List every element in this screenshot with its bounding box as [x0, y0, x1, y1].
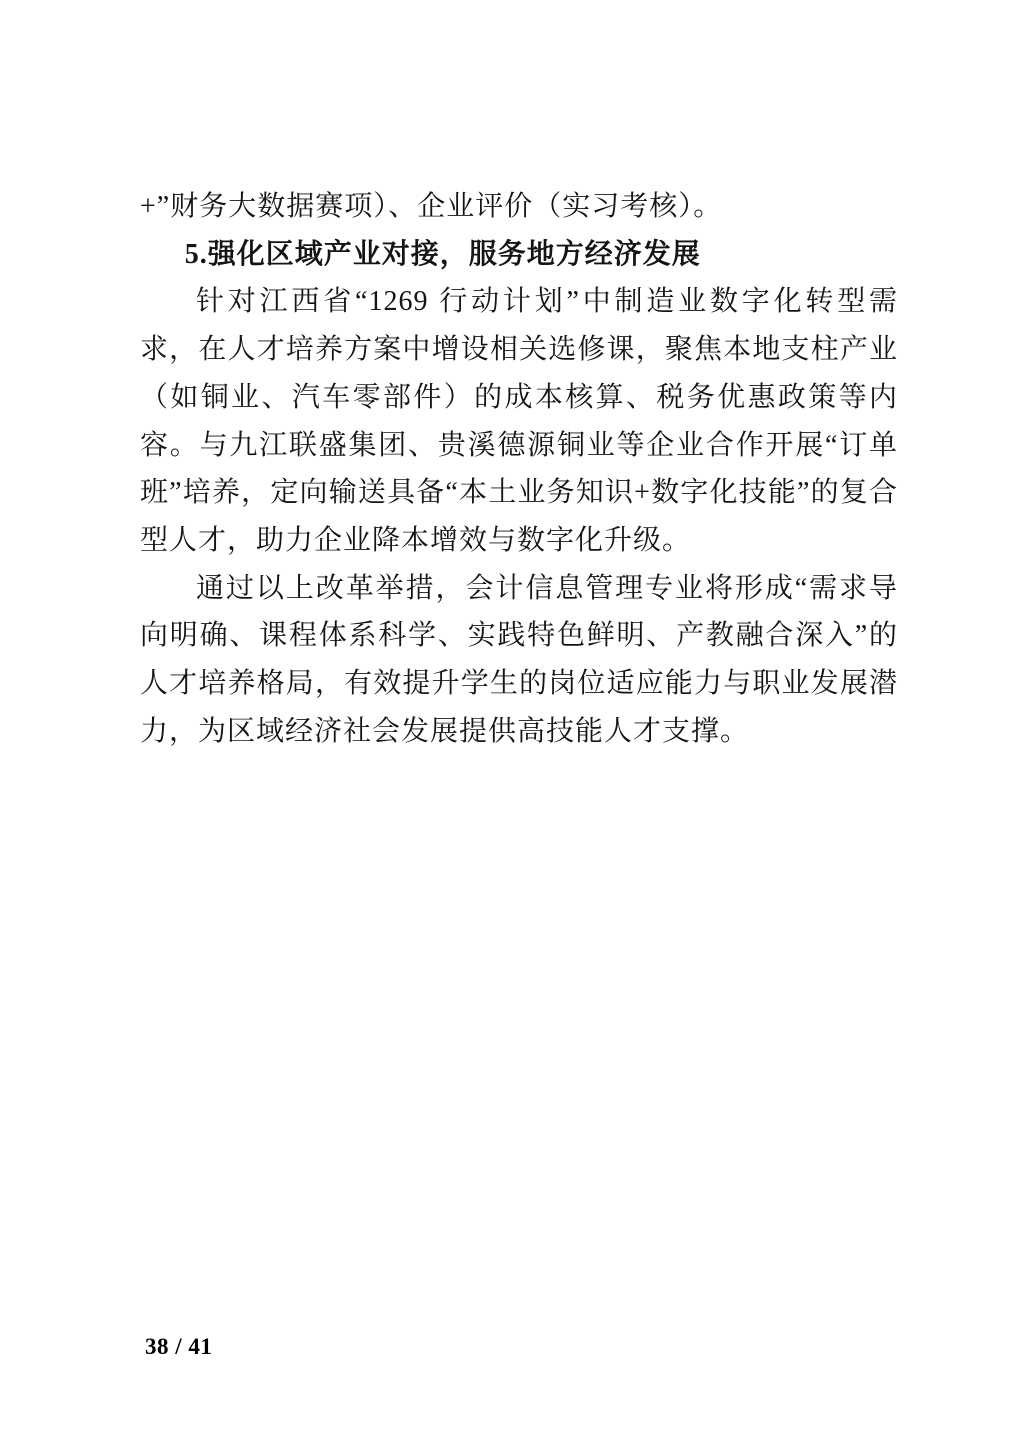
- document-text-block: +”财务大数据赛项）、企业评价（实习考核）。 5.强化区域产业对接，服务地方经济…: [140, 183, 898, 755]
- page-number: 38 / 41: [145, 1334, 212, 1360]
- body-paragraph: 通过以上改革举措，会计信息管理专业将形成“需求导向明确、课程体系科学、实践特色鲜…: [140, 565, 898, 756]
- body-paragraph: 针对江西省“1269 行动计划”中制造业数字化转型需求，在人才培养方案中增设相关…: [140, 278, 898, 564]
- continuation-paragraph: +”财务大数据赛项）、企业评价（实习考核）。: [140, 183, 898, 231]
- section-heading: 5.强化区域产业对接，服务地方经济发展: [140, 231, 898, 279]
- document-page: +”财务大数据赛项）、企业评价（实习考核）。 5.强化区域产业对接，服务地方经济…: [0, 0, 1024, 1448]
